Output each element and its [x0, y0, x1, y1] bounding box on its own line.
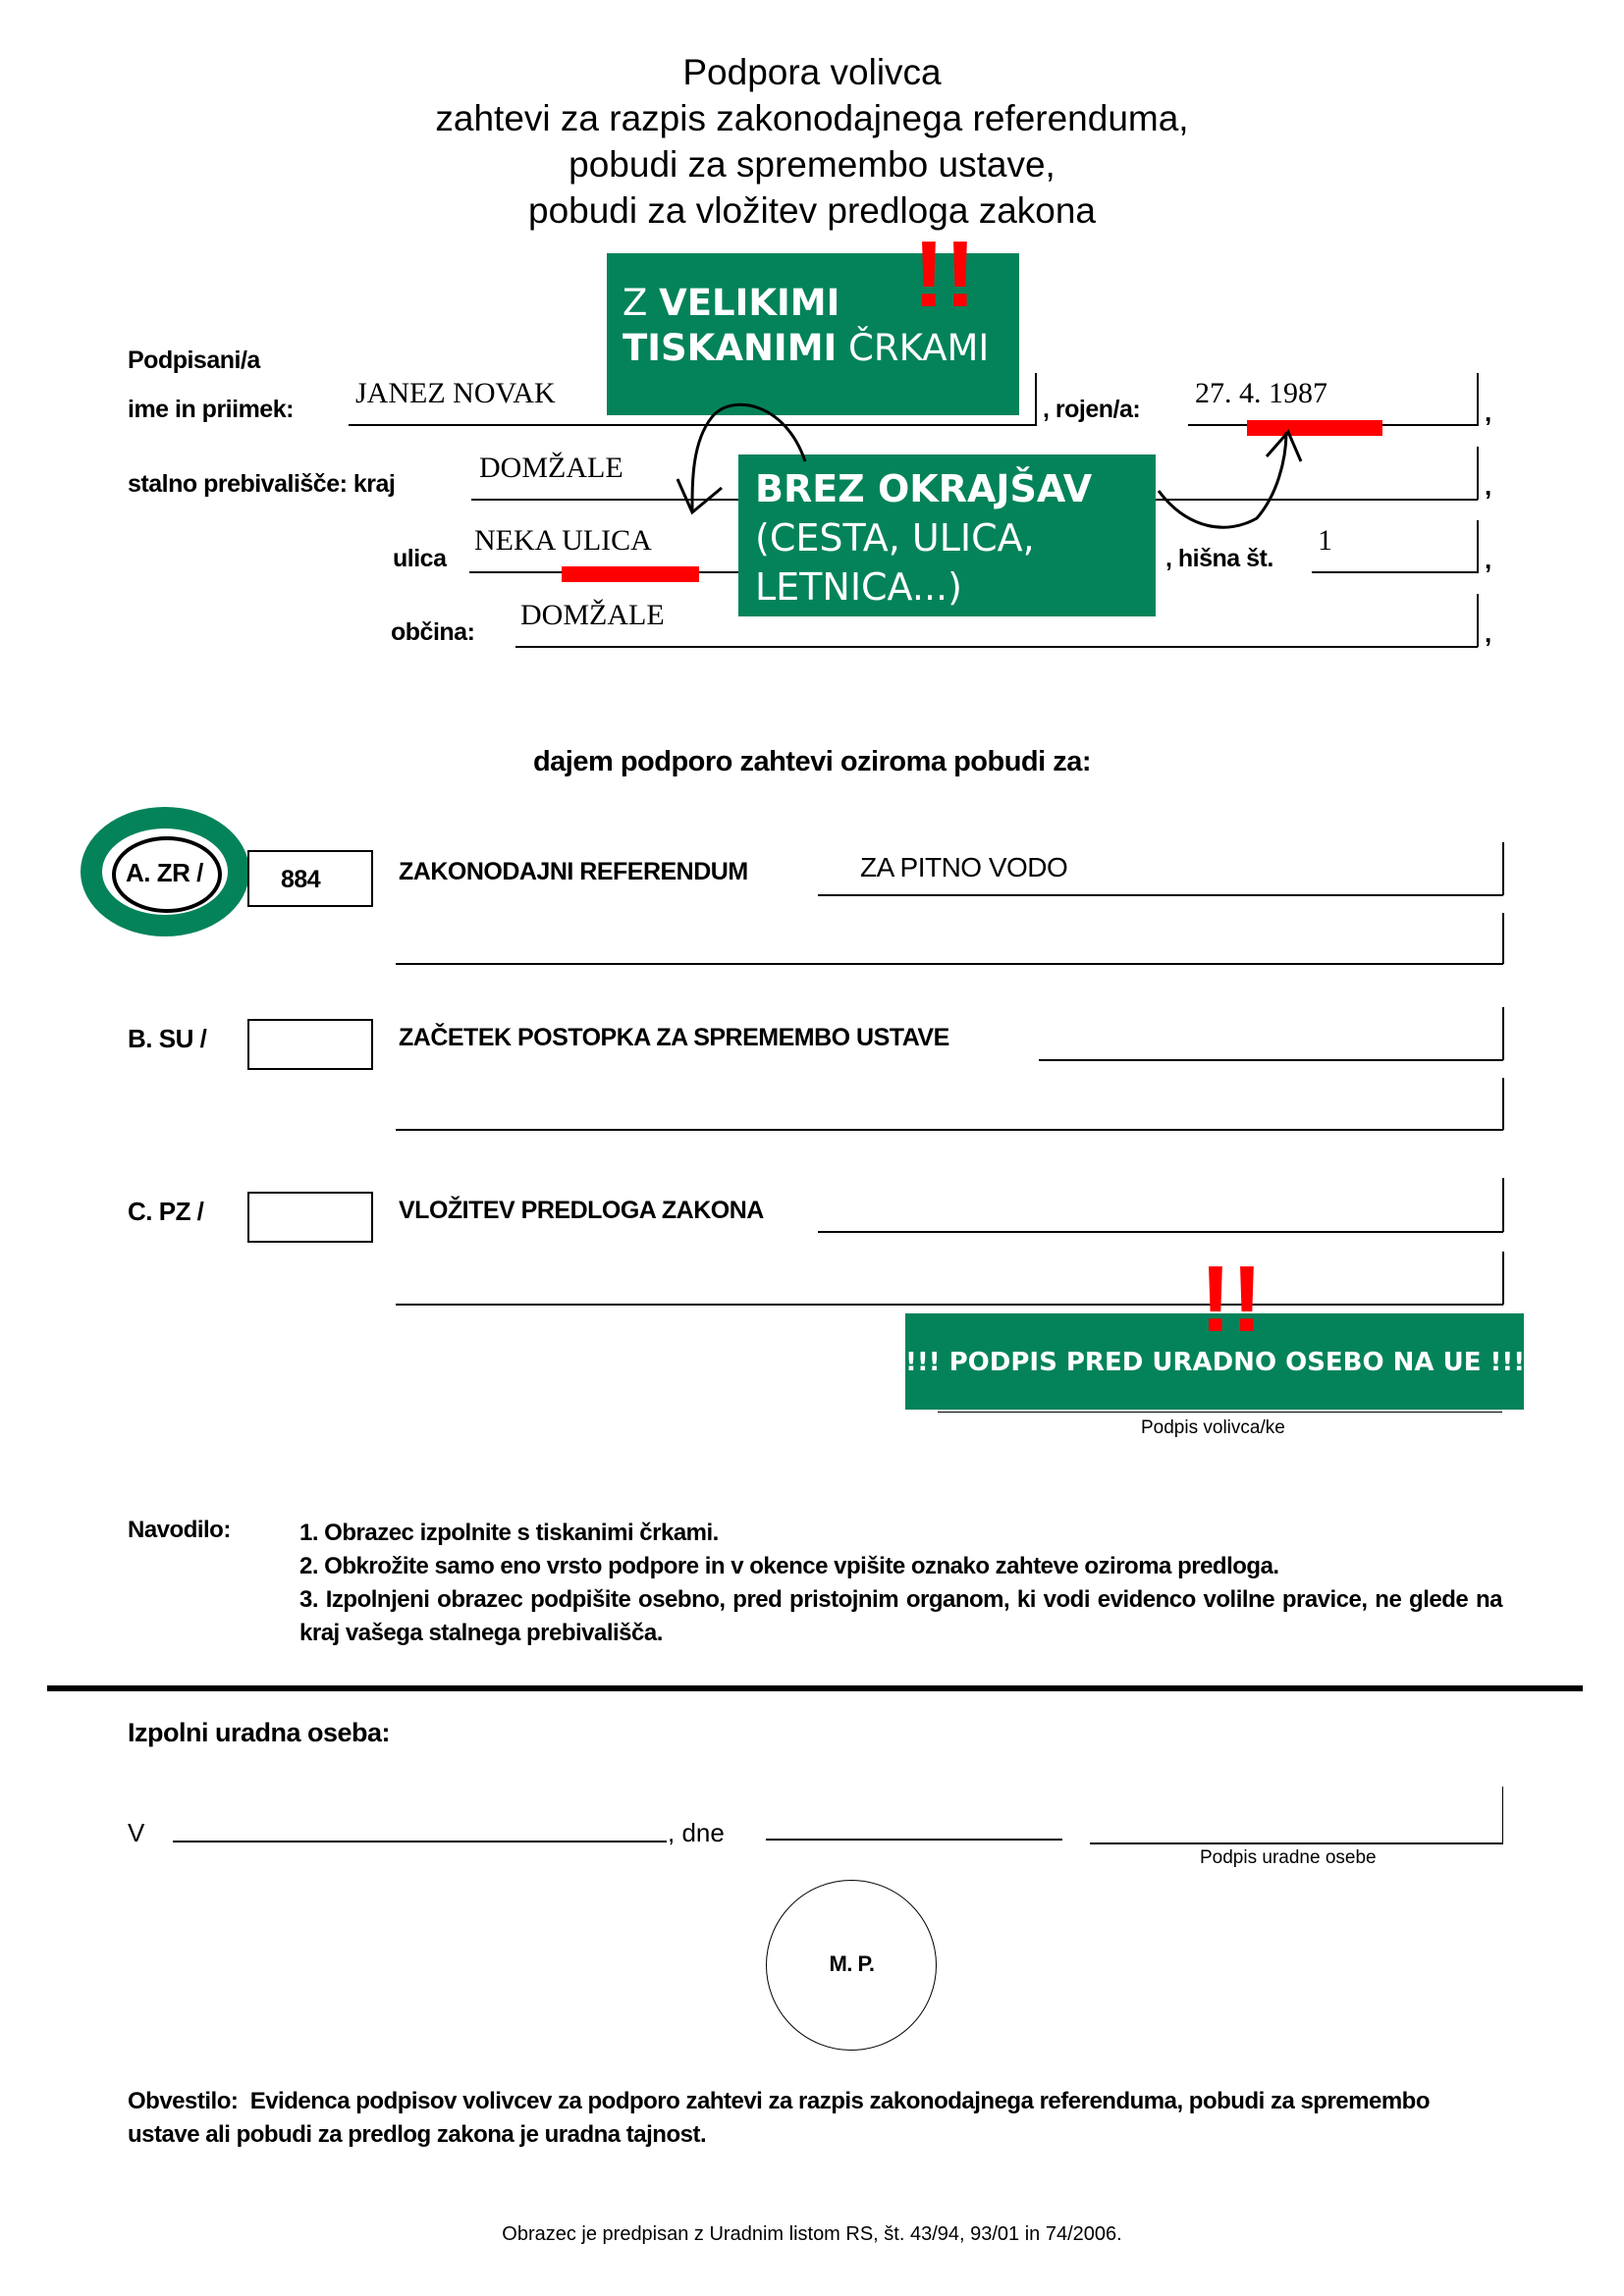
- footer-note: Obrazec je predpisan z Uradnim listom RS…: [0, 2223, 1624, 2246]
- instruction-item: 3. Izpolnjeni obrazec podpišite osebno, …: [299, 1583, 1502, 1650]
- date-label: , dne: [668, 1818, 725, 1848]
- field-border: [1502, 1252, 1504, 1305]
- field-border: [1502, 842, 1504, 895]
- arrow-icons: [0, 0, 1624, 687]
- field-border: [1502, 1007, 1504, 1060]
- field-border: [1502, 1787, 1503, 1843]
- option-a-value[interactable]: ZA PITNO VODO: [860, 852, 1067, 883]
- instruction-item: 2. Obkrožite samo eno vrsto podpore in v…: [299, 1550, 1502, 1583]
- support-heading: dajem podporo zahtevi oziroma pobudi za:: [0, 746, 1624, 778]
- option-a-box-value: 884: [281, 866, 320, 894]
- instructions-label: Navodilo:: [128, 1517, 231, 1544]
- option-c-line-2: [396, 1304, 1503, 1306]
- option-c-box[interactable]: [247, 1192, 373, 1243]
- field-border: [1502, 913, 1504, 964]
- official-signature-line[interactable]: [1090, 1842, 1503, 1844]
- note-text: !!! PODPIS PRED URADNO OSEBO NA UE !!!: [905, 1348, 1524, 1377]
- voter-signature-line[interactable]: [938, 1412, 1502, 1413]
- option-b-line: [1039, 1059, 1503, 1061]
- option-a-label: ZAKONODAJNI REFERENDUM: [399, 858, 748, 886]
- notice-text: Evidenca podpisov volivcev za podporo za…: [128, 2088, 1430, 2148]
- option-a-box[interactable]: 884: [247, 850, 373, 907]
- option-b-box[interactable]: [247, 1019, 373, 1070]
- official-heading: Izpolni uradna oseba:: [128, 1718, 390, 1748]
- option-a-line-2: [396, 963, 1503, 965]
- official-signature-label: Podpis uradne osebe: [1200, 1847, 1377, 1869]
- option-b-line-2: [396, 1129, 1503, 1131]
- date-field-line[interactable]: [766, 1839, 1062, 1841]
- notice-label: Obvestilo:: [128, 2088, 238, 2114]
- option-a-code[interactable]: A. ZR /: [126, 858, 203, 888]
- option-c-label: VLOŽITEV PREDLOGA ZAKONA: [399, 1197, 764, 1225]
- option-a-line: [818, 894, 1503, 896]
- place-field-line[interactable]: [173, 1841, 667, 1842]
- instructions-list: 1. Obrazec izpolnite s tiskanimi črkami.…: [299, 1517, 1502, 1650]
- field-border: [1502, 1178, 1504, 1232]
- voter-signature-label: Podpis volivca/ke: [1141, 1417, 1285, 1439]
- section-divider: [47, 1685, 1583, 1691]
- stamp-label: M. P.: [766, 1951, 938, 1977]
- instruction-item: 1. Obrazec izpolnite s tiskanimi črkami.: [299, 1517, 1502, 1550]
- exclamation-icon: !!: [1200, 1253, 1263, 1347]
- field-border: [1502, 1078, 1504, 1130]
- option-b-label: ZAČETEK POSTOPKA ZA SPREMEMBO USTAVE: [399, 1024, 949, 1052]
- notice: Obvestilo: Evidenca podpisov volivcev za…: [128, 2085, 1502, 2152]
- option-c-code[interactable]: C. PZ /: [128, 1197, 203, 1227]
- place-label: V: [128, 1818, 144, 1848]
- option-c-line: [818, 1231, 1503, 1233]
- option-b-code[interactable]: B. SU /: [128, 1024, 206, 1054]
